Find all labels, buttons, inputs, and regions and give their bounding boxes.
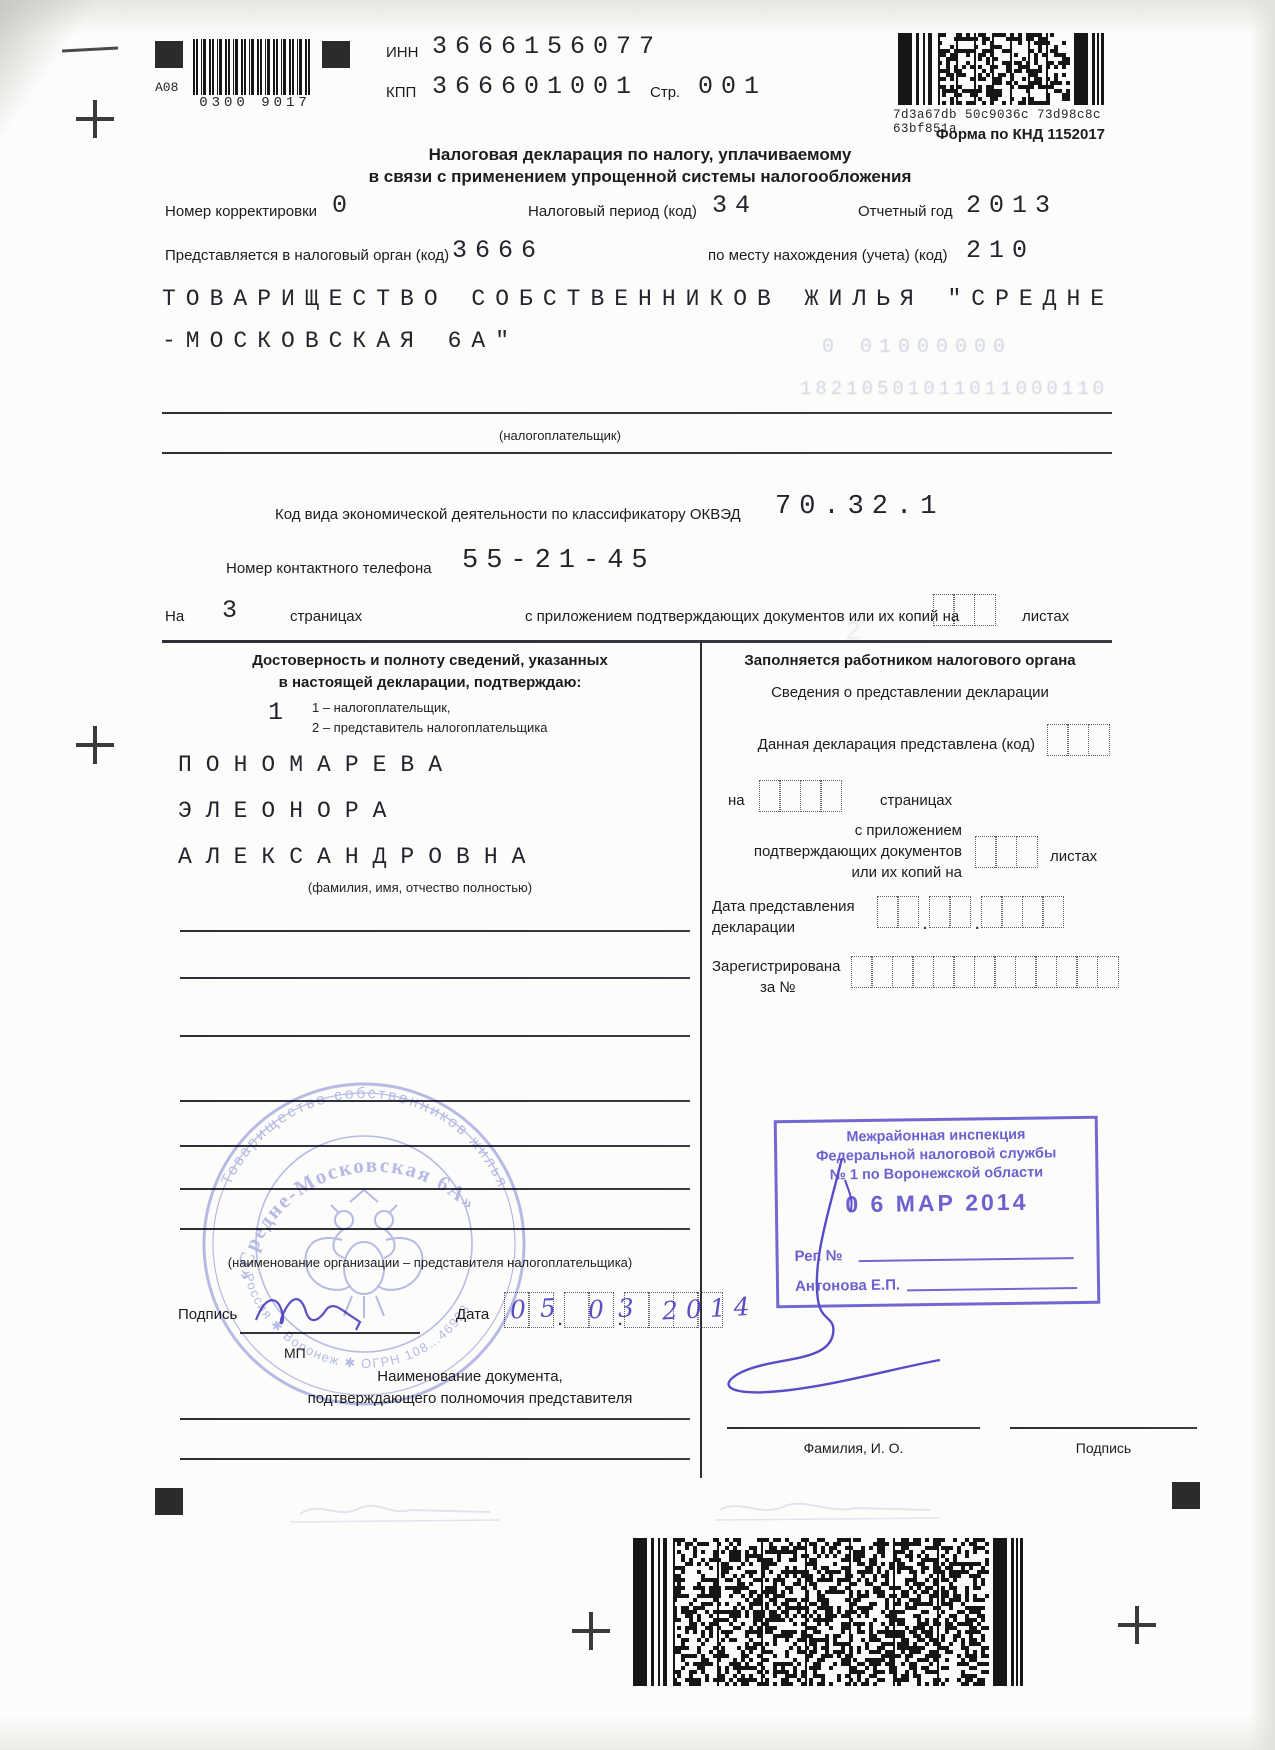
blank-line-1 xyxy=(180,930,690,932)
inspector-section-subheader: Сведения о представлении декларации xyxy=(710,684,1110,701)
pages-count-box xyxy=(760,780,842,812)
seal-double-eagle-emblem xyxy=(306,1190,423,1318)
taxpayer-name-line2: -МОСКОВСКАЯ 6А" xyxy=(162,328,519,354)
tax-authority-value: 3666 xyxy=(452,236,544,265)
taxpayer-name-line1: ТОВАРИЩЕСТВО СОБСТВЕННИКОВ ЖИЛЬЯ "СРЕДНЕ xyxy=(162,286,1114,312)
inspector-section-header: Заполняется работником налогового органа xyxy=(710,652,1110,669)
signature-caption-line xyxy=(1010,1427,1197,1429)
crop-plus-bottom-center xyxy=(572,1612,610,1650)
pages-word: страницах xyxy=(290,608,362,625)
attachment-sheets-box xyxy=(934,594,996,626)
document-title-line1: Налоговая декларация по налогу, уплачива… xyxy=(170,145,1110,165)
rule-under-name-2 xyxy=(162,452,1112,454)
attach-sheets-box-right xyxy=(976,836,1038,868)
scanned-tax-declaration-page: A08 0300 9017 ИНН 3666156077 КПП 3666010… xyxy=(0,0,1275,1750)
signer-code-value: 1 xyxy=(268,698,291,727)
confirm-statement-line1: Достоверность и полноту сведений, указан… xyxy=(180,652,680,669)
bleedthrough-number-1: 0 01000000 xyxy=(822,336,1012,359)
section-divider-horizontal xyxy=(162,640,1112,643)
signer-firstname: ЭЛЕОНОРА xyxy=(178,798,400,824)
phone-value: 55-21-45 xyxy=(462,546,656,576)
location-code-label: по месту нахождения (учета) (код) xyxy=(708,247,948,264)
form-code: Форма по КНД 1152017 xyxy=(900,126,1105,143)
crop-plus-mid-left xyxy=(76,726,114,764)
svg-text:Россия ✱ Воронеж ✱ ОГРН 108…46: Россия ✱ Воронеж ✱ ОГРН 108…46923 xyxy=(241,1271,473,1371)
barcode-corner-code: A08 xyxy=(155,80,178,95)
barcode-1d xyxy=(193,39,311,95)
signer-surname: ПОНОМАРЕВА xyxy=(178,752,456,778)
inn-value: 3666156077 xyxy=(432,32,662,61)
registration-square-top-left-1 xyxy=(155,41,183,68)
bleedthrough-number-2: 18210501011011000110 xyxy=(800,378,1108,400)
signer-code-hint1: 1 – налогоплательщик, xyxy=(312,700,451,715)
registration-square-top-left-2 xyxy=(322,41,350,68)
submitted-code-box xyxy=(1048,724,1110,756)
crop-plus-top-left xyxy=(76,100,114,138)
phone-label: Номер контактного телефона xyxy=(226,560,432,577)
taxpayer-caption: (налогоплательщик) xyxy=(360,428,760,443)
crop-dash-mark xyxy=(62,47,118,53)
bleedthrough-handwriting xyxy=(290,1490,1010,1530)
barcode-pdf417 xyxy=(633,1538,1023,1686)
registration-number-box xyxy=(852,956,1119,988)
sheets-word: листах xyxy=(1022,608,1069,625)
page-number-label: Стр. xyxy=(650,84,680,101)
tax-period-value: 34 xyxy=(712,191,758,220)
inn-label: ИНН xyxy=(386,44,418,61)
organization-round-seal: Товарищество собственников жилья Россия … xyxy=(192,1072,537,1417)
fio-caption: (фамилия, имя, отчество полностью) xyxy=(180,880,660,895)
svg-text:«Средне-Московская 6А»: «Средне-Московская 6А» xyxy=(230,1153,482,1282)
attachments-label: с приложением подтверждающих документов … xyxy=(525,608,959,625)
signature-caption-bottom: Подпись xyxy=(1010,1440,1197,1456)
pages-count-value: 3 xyxy=(222,596,245,625)
blank-line-2 xyxy=(180,977,690,979)
fio-caption-line xyxy=(727,1427,980,1429)
crop-plus-bottom-right xyxy=(1118,1606,1156,1644)
attach-right-line2: подтверждающих документов xyxy=(710,843,962,860)
submission-date-label-line2: декларации xyxy=(712,919,795,936)
okved-value: 70.32.1 xyxy=(775,492,944,522)
correction-value: 0 xyxy=(332,191,355,220)
barcode-2d xyxy=(898,33,1104,105)
submission-date-box: .. xyxy=(878,896,1064,933)
location-code-value: 210 xyxy=(966,236,1035,265)
document-title-line2: в связи с применением упрощенной системы… xyxy=(170,167,1110,187)
report-year-label: Отчетный год xyxy=(858,203,953,220)
attach-right-line3: или их копий на xyxy=(710,864,962,881)
blank-line-3 xyxy=(180,1035,690,1037)
submission-date-label-line1: Дата представления xyxy=(712,898,855,915)
pages-word-right: страницах xyxy=(880,792,952,809)
on-pages-prefix: На xyxy=(165,608,184,625)
barcode-digits: 0300 9017 xyxy=(196,95,314,111)
signer-code-hint2: 2 – представитель налогоплательщика xyxy=(312,720,548,735)
blank-line-9 xyxy=(180,1458,690,1460)
rule-under-name-1 xyxy=(162,412,1112,414)
correction-label: Номер корректировки xyxy=(165,203,317,220)
signer-patronymic: АЛЕКСАНДРОВНА xyxy=(178,844,539,870)
declaration-submitted-label: Данная декларация представлена (код) xyxy=(710,736,1035,753)
kpp-label: КПП xyxy=(386,84,416,101)
confirm-statement-line2: в настоящей декларации, подтверждаю: xyxy=(180,674,680,691)
attach-right-line1: с приложением xyxy=(710,822,962,839)
page-number-value: 001 xyxy=(698,72,767,101)
report-year-value: 2013 xyxy=(966,191,1058,220)
registration-square-bottom-right xyxy=(1172,1482,1200,1509)
sheets-word-right: листах xyxy=(1050,848,1097,865)
kpp-value: 366601001 xyxy=(432,72,639,101)
okved-label: Код вида экономической деятельности по к… xyxy=(275,506,741,523)
on-label-right: на xyxy=(728,792,745,809)
registered-label-line1: Зарегистрирована xyxy=(712,958,840,975)
tax-period-label: Налоговый период (код) xyxy=(528,203,697,220)
blank-line-8 xyxy=(180,1418,690,1420)
fio-caption-bottom: Фамилия, И. О. xyxy=(727,1440,980,1456)
tax-authority-label: Представляется в налоговый орган (код) xyxy=(165,247,449,264)
inspector-pen-signature xyxy=(640,1150,970,1440)
registered-label-line2: за № xyxy=(760,979,795,996)
registration-square-bottom-left xyxy=(155,1488,183,1515)
